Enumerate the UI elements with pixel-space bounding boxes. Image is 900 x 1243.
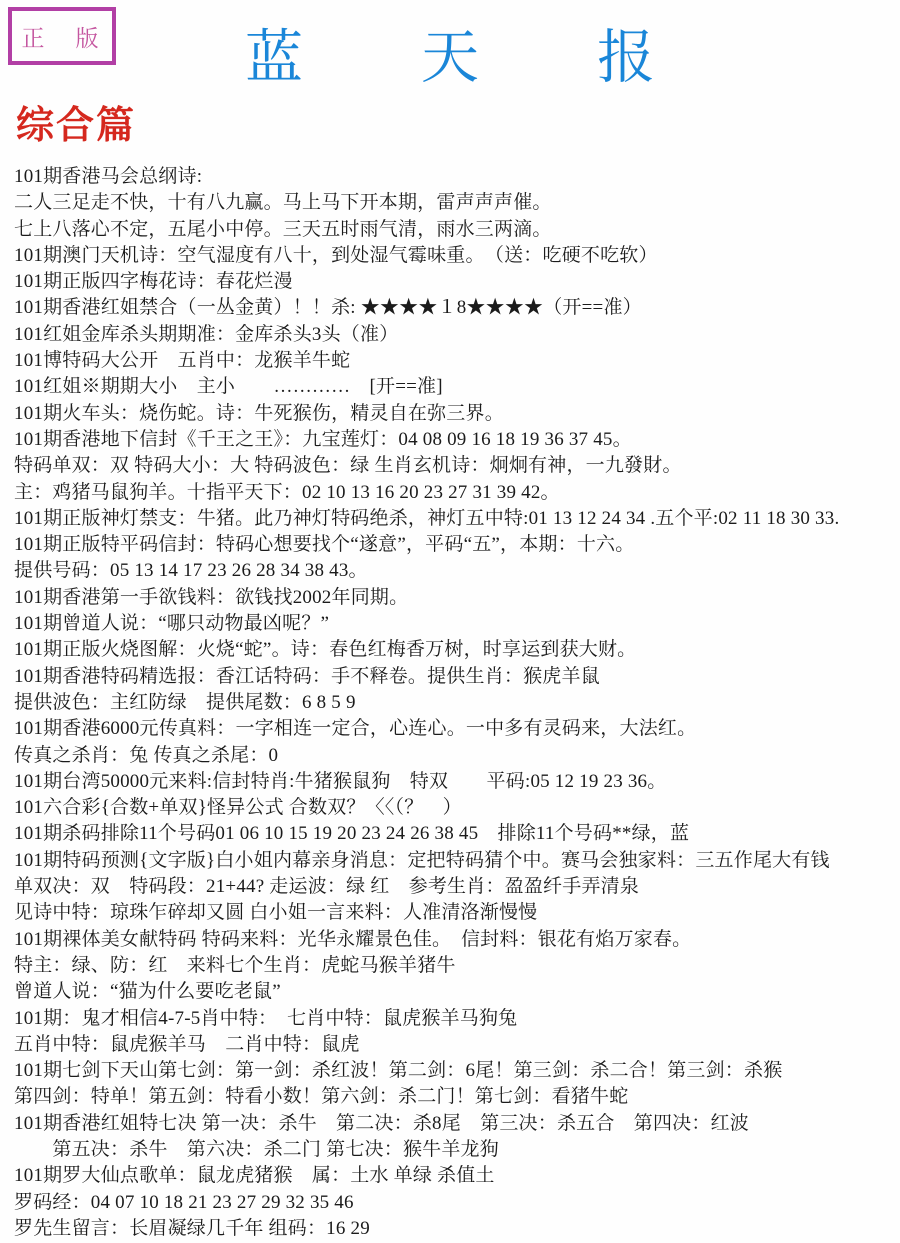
- content-line: 101红姐金库杀头期期准：金库杀头3头（准）: [14, 322, 898, 348]
- content-line: 101期：鬼才相信4-7-5肖中特： 七肖中特：鼠虎猴羊马狗兔: [14, 1006, 898, 1032]
- content-line: 二人三足走不快，十有八九赢。马上马下开本期，雷声声声催。: [14, 190, 898, 216]
- content-line: 101期罗大仙点歌单：鼠龙虎猪猴 属：土水 单绿 杀值土: [14, 1163, 898, 1189]
- content-line: 101期曾道人说：“哪只动物最凶呢？”: [14, 611, 898, 637]
- content-line: 主：鸡猪马鼠狗羊。十指平天下：02 10 13 16 20 23 27 31 3…: [14, 480, 898, 506]
- content-line: 曾道人说：“猫为什么要吃老鼠”: [14, 979, 898, 1005]
- content-line: 101期特码预测{文字版}白小姐内幕亲身消息：定把特码猜个中。赛马会独家料：三五…: [14, 848, 898, 874]
- content-line: 罗先生留言：长眉凝绿几千年 组码：16 29: [14, 1216, 898, 1242]
- content-lines: 101期香港马会总纲诗:二人三足走不快，十有八九赢。马上马下开本期，雷声声声催。…: [14, 164, 898, 1242]
- content-line: 101期澳门天机诗：空气湿度有八十，到处湿气霉味重。 （送：吃硬不吃软）: [14, 243, 898, 269]
- content-line: 101六合彩{合数+单双}怪异公式 合数双？〈〈（？ ）: [14, 795, 898, 821]
- content-line: 101期正版四字梅花诗：春花烂漫: [14, 269, 898, 295]
- newspaper-title: 蓝 天 报: [0, 10, 900, 94]
- content-line: 101期正版火烧图解：火烧“蛇”。诗：春色红梅香万树，时享运到获大财。: [14, 637, 898, 663]
- content-line: 101期香港特码精选报：香江话特码：手不释卷。提供生肖：猴虎羊鼠: [14, 664, 898, 690]
- content-line: 101期香港马会总纲诗:: [14, 164, 898, 190]
- content-line: 第五决：杀牛 第六决：杀二门 第七决：猴牛羊龙狗: [14, 1137, 898, 1163]
- content-line: 七上八落心不定，五尾小中停。三天五时雨气清，雨水三两滴。: [14, 217, 898, 243]
- content-line: 见诗中特：琼珠乍碎却又圆 白小姐一言来料：人准清洛渐慢慢: [14, 900, 898, 926]
- content-line: 101期香港地下信封《千王之王》：九宝莲灯：04 08 09 16 18 19 …: [14, 427, 898, 453]
- content-line: 传真之杀肖：兔 传真之杀尾：0: [14, 743, 898, 769]
- section-heading: 综合篇: [16, 94, 136, 149]
- content-line: 提供号码：05 13 14 17 23 26 28 34 38 43。: [14, 558, 898, 584]
- content-line: 101期香港红姐特七决 第一决：杀牛 第二决：杀8尾 第三决：杀五合 第四决：红…: [14, 1111, 898, 1137]
- newspaper-page: 正 版 蓝 天 报 综合篇 101期香港马会总纲诗:二人三足走不快，十有八九赢。…: [0, 0, 900, 1243]
- content-line: 101期正版神灯禁支：牛猪。此乃神灯特码绝杀，神灯五中特:01 13 12 24…: [14, 506, 898, 532]
- content-line: 单双决：双 特码段：21+44? 走运波：绿 红 参考生肖：盈盈纤手弄清泉: [14, 874, 898, 900]
- content-line: 101期七剑下天山第七剑：第一剑：杀红波！第二剑：6尾！第三剑：杀二合！第三剑：…: [14, 1058, 898, 1084]
- content-line: 罗码经：04 07 10 18 21 23 27 29 32 35 46: [14, 1190, 898, 1216]
- content-line: 特主：绿、防：红 来料七个生肖：虎蛇马猴羊猪牛: [14, 953, 898, 979]
- content-line: 101期香港6000元传真料：一字相连一定合，心连心。一中多有灵码来，大法红。: [14, 716, 898, 742]
- content-line: 五肖中特：鼠虎猴羊马 二肖中特：鼠虎: [14, 1032, 898, 1058]
- content-line: 特码单双：双 特码大小：大 特码波色：绿 生肖玄机诗：炯炯有神，一九發財。: [14, 453, 898, 479]
- content-line: 101期杀码排除11个号码01 06 10 15 19 20 23 24 26 …: [14, 821, 898, 847]
- content-line: 第四剑：特单！第五剑：特看小数！第六剑：杀二门！第七剑：看猪牛蛇: [14, 1084, 898, 1110]
- content-line: 101期台湾50000元来料:信封特肖:牛猪猴鼠狗 特双 平码:05 12 19…: [14, 769, 898, 795]
- content-line: 101期香港红姐禁合（一丛金黄）！！杀: ★★★★１8★★★★（开==准）: [14, 295, 898, 321]
- content-line: 101期正版特平码信封：特码心想要找个“遂意”，平码“五”，本期：十六。: [14, 532, 898, 558]
- content-line: 101期香港第一手欲钱料：欲钱找2002年同期。: [14, 585, 898, 611]
- content-line: 提供波色：主红防绿 提供尾数：6 8 5 9: [14, 690, 898, 716]
- content-line: 101期裸体美女献特码 特码来料：光华永耀景色佳。 信封料：银花有焰万家春。: [14, 927, 898, 953]
- content-line: 101博特码大公开 五肖中：龙猴羊牛蛇: [14, 348, 898, 374]
- content-line: 101期火车头：烧伤蛇。诗：牛死猴伤，精灵自在弥三界。: [14, 401, 898, 427]
- content-line: 101红姐※期期大小 主小 ………… [开==准]: [14, 374, 898, 400]
